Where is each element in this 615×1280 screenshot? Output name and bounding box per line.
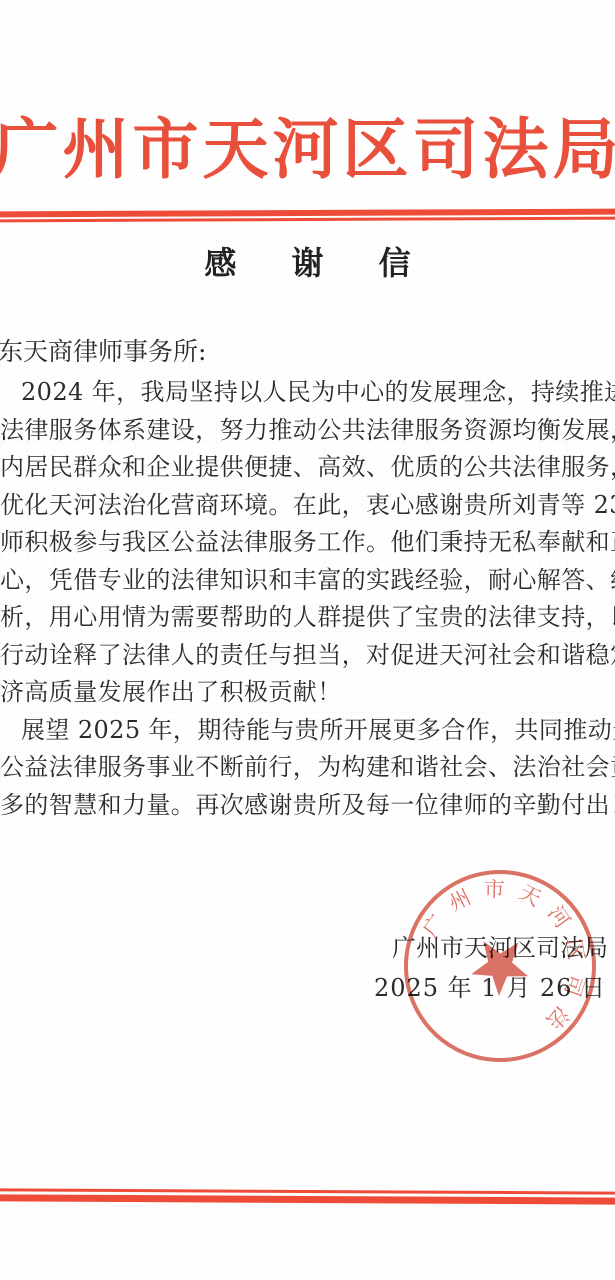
letter-line: 展望 2025 年，期待能与贵所开展更多合作，共同推动天 xyxy=(0,712,615,750)
letter-line: 内居民群众和企业提供便捷、高效、优质的公共法律服务， xyxy=(0,449,615,487)
letter-line: 行动诠释了法律人的责任与担当，对促进天河社会和谐稳定 xyxy=(0,637,615,675)
official-seal-stamp: 广州市天河区司法局 xyxy=(346,812,615,1121)
letter-line: 心，凭借专业的法律知识和丰富的实践经验，耐心解答、细 xyxy=(0,562,615,600)
scanned-thank-you-letter: 广州市天河区司法局 感 谢 信 东天商律师事务所: 2024 年，我局坚持以人民… xyxy=(0,0,615,1280)
letter-line: 多的智慧和力量。再次感谢贵所及每一位律师的辛勤付出！ xyxy=(0,787,615,825)
letter-body: 2024 年，我局坚持以人民为中心的发展理念，持续推进 法律服务体系建设，努力推… xyxy=(0,374,615,824)
seal-ring xyxy=(368,834,615,1098)
salutation: 东天商律师事务所: xyxy=(0,336,206,369)
footer-rule-thick xyxy=(0,1194,615,1204)
letterhead-rule-thick xyxy=(0,209,615,218)
letter-line: 优化天河法治化营商环境。在此，衷心感谢贵所刘青等 23 xyxy=(0,487,615,525)
letter-line: 析，用心用情为需要帮助的人群提供了宝贵的法律支持，以 xyxy=(0,599,615,637)
signature-agency: 广州市天河区司法局 xyxy=(392,934,608,963)
letterhead-rule-thin xyxy=(0,217,615,222)
letterhead-agency-title: 广州市天河区司法局 xyxy=(0,116,615,182)
letter-line: 公益法律服务事业不断前行，为构建和谐社会、法治社会贡 xyxy=(0,749,615,787)
signature-date: 2025 年 1 月 26 日 xyxy=(374,974,606,1003)
document-title: 感 谢 信 xyxy=(0,246,615,281)
letter-line: 济高质量发展作出了积极贡献！ xyxy=(0,674,615,712)
letter-line: 法律服务体系建设，努力推动公共法律服务资源均衡发展， xyxy=(0,412,615,450)
letter-line: 师积极参与我区公益法律服务工作。他们秉持无私奉献和正 xyxy=(0,524,615,562)
footer-rule-thin xyxy=(0,1188,615,1194)
letter-line: 2024 年，我局坚持以人民为中心的发展理念，持续推进 xyxy=(0,374,615,412)
